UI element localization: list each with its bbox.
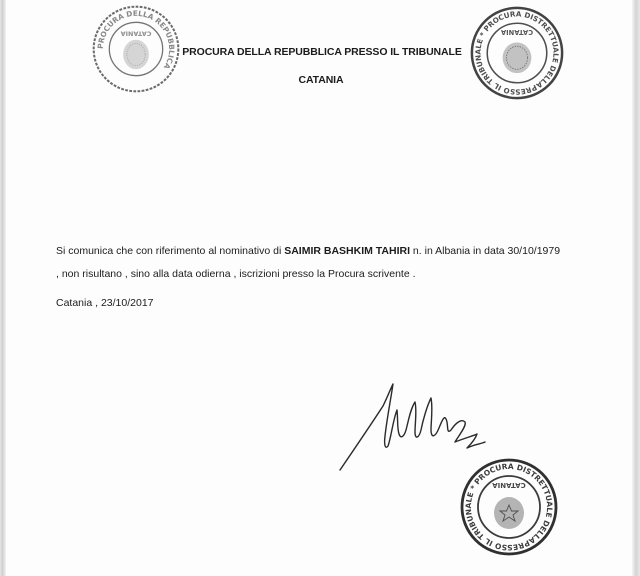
statement-line-1: Si comunica che con riferimento al nomin… <box>56 245 560 257</box>
official-seal-bottom-right-icon: PRESSO IL TRIBUNALE * PROCURA DISTRETTUA… <box>459 457 559 557</box>
statement-line-2: , non risultano , sino alla data odierna… <box>56 268 416 280</box>
place-and-date: Catania , 23/10/2017 <box>56 297 154 309</box>
statement-prefix: Si comunica che con riferimento al nomin… <box>56 245 284 257</box>
svg-text:CATANIA: CATANIA <box>500 28 533 36</box>
subject-name: SAIMIR BASHKIM TAHIRI <box>284 245 410 257</box>
scan-edge-right <box>632 0 640 576</box>
statement-birth-info: n. in Albania in data 30/10/1979 <box>410 245 560 257</box>
svg-text:CATANIA: CATANIA <box>121 30 152 38</box>
scan-edge-left <box>0 0 6 576</box>
official-seal-top-right-icon: PRESSO IL TRIBUNALE * PROCURA DISTRETTUA… <box>469 5 565 101</box>
svg-text:CATANIA: CATANIA <box>492 481 526 489</box>
scanned-document-page: PROCURA DELLA REPUBBLICA CATANIA PROCURA… <box>0 0 640 576</box>
